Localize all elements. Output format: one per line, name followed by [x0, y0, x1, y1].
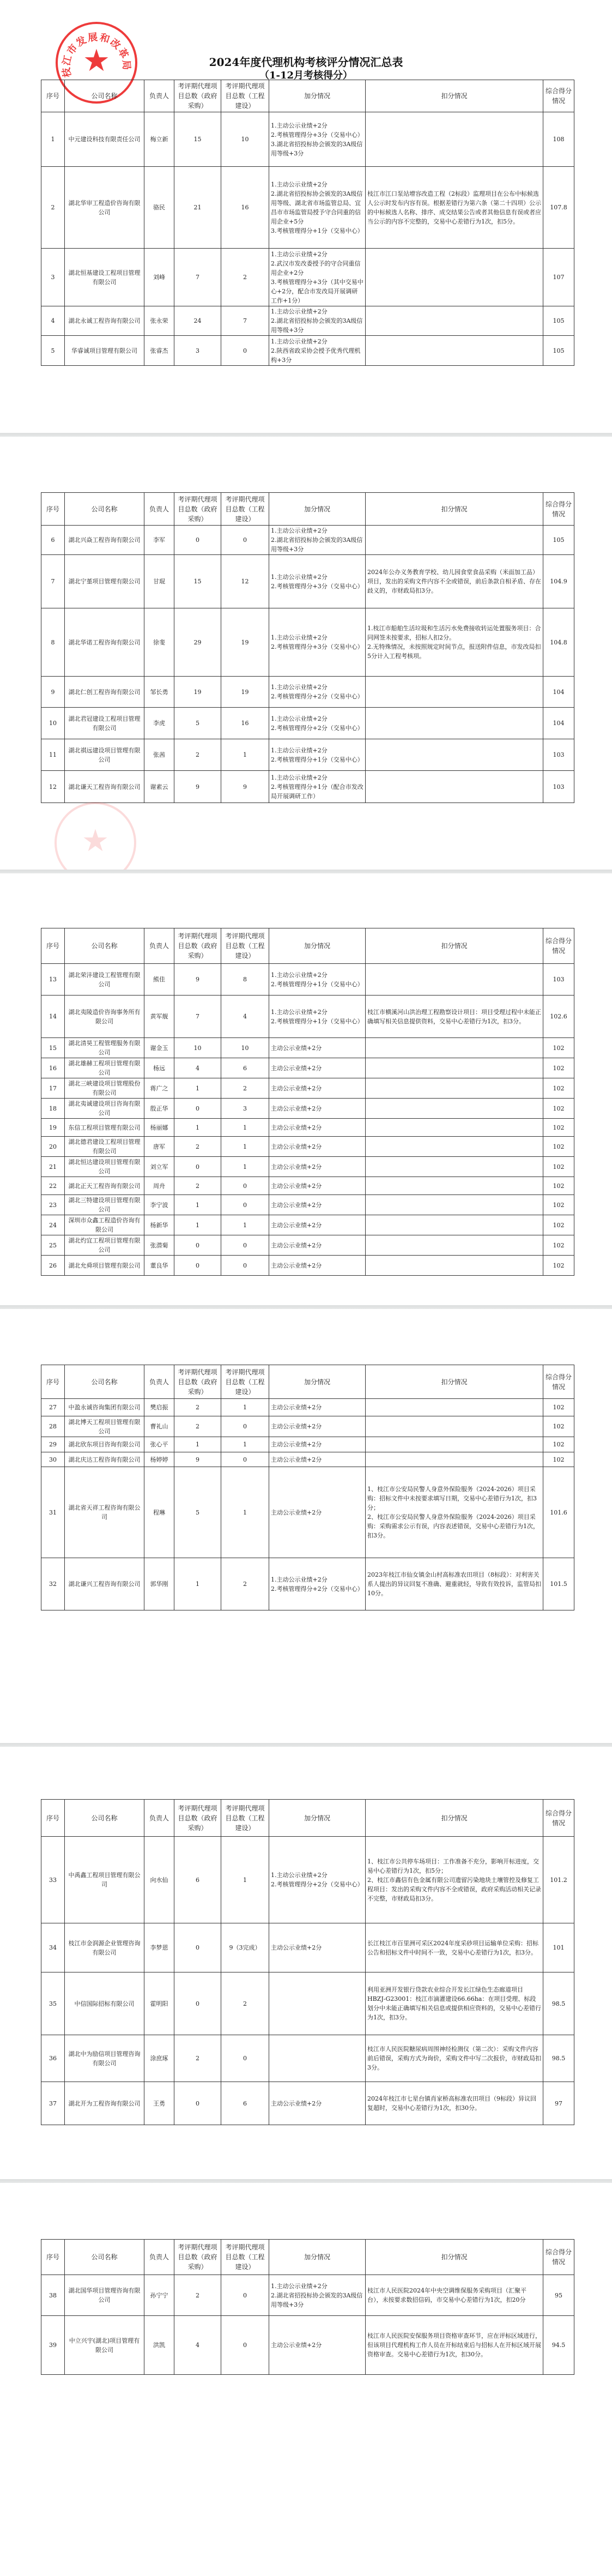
- gov-projects-cell: 0: [174, 1256, 221, 1276]
- deduction-cell: [366, 526, 543, 555]
- eng-projects-cell: 0: [221, 2275, 269, 2316]
- bonus-cell: 主动公示业绩+2分: [269, 1467, 366, 1558]
- leader-cell: 张茜: [144, 739, 174, 771]
- score-cell: 102: [543, 1058, 574, 1078]
- seq-cell: 9: [41, 677, 65, 708]
- page-3: 序号公司名称负责人考评期代理项目总数（政府采购）考评期代理项目总数（工程建设）加…: [0, 873, 612, 1306]
- table-row: 7湖北宁堇项目管理有限公司甘琨15121.主动公示业绩+2分 2.考核管理得分+…: [41, 555, 574, 608]
- gov-projects-cell: 3: [174, 336, 221, 366]
- eng-projects-cell: 10: [221, 112, 269, 167]
- bonus-cell: 主动公示业绩+2分: [269, 1038, 366, 1058]
- column-header-gov-projects: 考评期代理项目总数（政府采购）: [174, 928, 221, 964]
- leader-cell: 洪凯: [144, 2316, 174, 2375]
- company-name-cell: 湖北国华项目管理咨询有限公司: [65, 2275, 144, 2316]
- column-header-deduction: 扣分情况: [366, 928, 543, 964]
- column-header-score: 综合得分情况: [543, 1800, 574, 1837]
- column-header-eng-projects: 考评期代理项目总数（工程建设）: [221, 493, 269, 526]
- leader-cell: 黄军舰: [144, 996, 174, 1038]
- company-name-cell: 湖北德君建设工程项目管理有限公司: [65, 1137, 144, 1157]
- company-name-cell: 湖北君冠建设工程项目管理有限公司: [65, 708, 144, 739]
- company-name-cell: 湖北谦天工程咨询有限公司: [65, 771, 144, 803]
- seq-cell: 28: [41, 1416, 65, 1437]
- bonus-cell: 主动公示业绩+2分: [269, 1416, 366, 1437]
- deduction-cell: [366, 1256, 543, 1276]
- score-cell: 102: [543, 1215, 574, 1235]
- seq-cell: 6: [41, 526, 65, 555]
- table-row: 33中禹鑫工程项目管理有限公司向水仙611.主动公示业绩+2分 2.考核管理得分…: [41, 1837, 574, 1923]
- eng-projects-cell: 0: [221, 2035, 269, 2082]
- company-name-cell: 深圳市众鑫工程造价咨询有限公司: [65, 1215, 144, 1235]
- leader-cell: 杨丽娜: [144, 1119, 174, 1137]
- eng-projects-cell: 12: [221, 555, 269, 608]
- column-header-bonus: 加分情况: [269, 1800, 366, 1837]
- eng-projects-cell: 19: [221, 608, 269, 677]
- column-header-leader: 负责人: [144, 1800, 174, 1837]
- table-row: 34枝江市金润源企业管理咨询有限公司李梦恩09（3完成）主动公示业绩+2分长江枝…: [41, 1923, 574, 1972]
- score-cell: 104: [543, 708, 574, 739]
- column-header-deduction: 扣分情况: [366, 493, 543, 526]
- gov-projects-cell: 0: [174, 1972, 221, 2035]
- deduction-cell: 1、枝江市公安局民警人身意外保险服务（2024-2026）项目采购：招标文件中未…: [366, 1467, 543, 1558]
- seq-cell: 13: [41, 964, 65, 996]
- column-header-bonus: 加分情况: [269, 493, 366, 526]
- gov-projects-cell: 7: [174, 996, 221, 1038]
- eng-projects-cell: 1: [221, 1157, 269, 1177]
- table-header-row: 序号公司名称负责人考评期代理项目总数（政府采购）考评期代理项目总数（工程建设）加…: [41, 1365, 574, 1399]
- leader-cell: 梅立新: [144, 112, 174, 167]
- leader-cell: 刘立军: [144, 1157, 174, 1177]
- column-header-score: 综合得分情况: [543, 493, 574, 526]
- seq-cell: 36: [41, 2035, 65, 2082]
- bonus-cell: [269, 2035, 366, 2082]
- table-row: 35中信国际招标有限公司霍明阳02利用亚洲开发银行贷款农业综合开发长江绿色生态廊…: [41, 1972, 574, 2035]
- seq-cell: 22: [41, 1177, 65, 1195]
- score-cell: 103: [543, 739, 574, 771]
- deduction-cell: [366, 249, 543, 306]
- column-header-eng-projects: 考评期代理项目总数（工程建设）: [221, 928, 269, 964]
- company-name-cell: 湖北雄赫工程项目管理有限公司: [65, 1058, 144, 1078]
- column-header-gov-projects: 考评期代理项目总数（政府采购）: [174, 2240, 221, 2275]
- deduction-cell: 1.枝江市船舶生活垃圾和生活污水免费接收转运处置服务项目：合同网签未按要求，招标…: [366, 608, 543, 677]
- gov-projects-cell: 5: [174, 1467, 221, 1558]
- company-name-cell: 湖北省天祥工程咨询有限公司: [65, 1467, 144, 1558]
- seq-cell: 37: [41, 2082, 65, 2125]
- leader-cell: 邹长勇: [144, 677, 174, 708]
- leader-cell: 徐斐: [144, 608, 174, 677]
- company-name-cell: 湖北中为励信项目管理咨询有限公司: [65, 2035, 144, 2082]
- score-cell: 108: [543, 112, 574, 167]
- company-name-cell: 湖北荣沣建设工程管理有限公司: [65, 964, 144, 996]
- deduction-cell: 长江枝江市百里洲可采区2024年度采砂项目运输单位采购：招标公告和招标文件中时间…: [366, 1923, 543, 1972]
- table-row: 10湖北君冠建设工程项目管理有限公司李虎5161.主动公示业绩+2分 2.考核管…: [41, 708, 574, 739]
- column-header-gov-projects: 考评期代理项目总数（政府采购）: [174, 1800, 221, 1837]
- company-name-cell: 中元建设科技有限责任公司: [65, 112, 144, 167]
- eng-projects-cell: 1: [221, 739, 269, 771]
- gov-projects-cell: 7: [174, 249, 221, 306]
- eng-projects-cell: 1: [221, 1837, 269, 1923]
- seq-cell: 20: [41, 1137, 65, 1157]
- score-cell: 102: [543, 1452, 574, 1467]
- page-4: 序号公司名称负责人考评期代理项目总数（政府采购）考评期代理项目总数（工程建设）加…: [0, 1309, 612, 1743]
- leader-cell: 张永荣: [144, 306, 174, 336]
- column-header-company: 公司名称: [65, 1365, 144, 1399]
- table-row: 32湖北谦兴工程咨询有限公司郭华刚121.主动公示业绩+2分 2.考核管理得分+…: [41, 1558, 574, 1610]
- leader-cell: 刘峰: [144, 249, 174, 306]
- leader-cell: 樊启振: [144, 1399, 174, 1416]
- gov-projects-cell: 15: [174, 555, 221, 608]
- gov-projects-cell: 0: [174, 1099, 221, 1119]
- table-row: 29湖北欣东项目咨询有限公司张心平11主动公示业绩+2分102: [41, 1437, 574, 1452]
- deduction-cell: 枝江市人民医院2024年中央空调维保服务采购项目（汇聚平台），未按要求数招信码，…: [366, 2275, 543, 2316]
- eng-projects-cell: 1: [221, 1437, 269, 1452]
- eng-projects-cell: 0: [221, 1416, 269, 1437]
- deduction-cell: [366, 336, 543, 366]
- gov-projects-cell: 24: [174, 306, 221, 336]
- seq-cell: 10: [41, 708, 65, 739]
- gov-projects-cell: 2: [174, 739, 221, 771]
- gov-projects-cell: 2: [174, 1177, 221, 1195]
- deduction-cell: [366, 1137, 543, 1157]
- deduction-cell: [366, 1399, 543, 1416]
- score-cell: 97: [543, 2082, 574, 2125]
- column-header-seq: 序号: [41, 928, 65, 964]
- bonus-cell: 1.主动公示业绩+2分 2.考核管理得分+1分（交易中心）: [269, 996, 366, 1038]
- deduction-cell: 1、枝江市公共停车场项目：工作准备不充分，影响开标进度，交易中心差错行为1次，扣…: [366, 1837, 543, 1923]
- page-separator: [0, 433, 612, 437]
- table-row: 14湖北夷陵造价咨询事务所有限公司黄军舰741.主动公示业绩+2分 2.考核管理…: [41, 996, 574, 1038]
- seq-cell: 19: [41, 1119, 65, 1137]
- table-header-row: 序号公司名称负责人考评期代理项目总数（政府采购）考评期代理项目总数（工程建设）加…: [41, 493, 574, 526]
- eng-projects-cell: 1: [221, 1215, 269, 1235]
- column-header-deduction: 扣分情况: [366, 2240, 543, 2275]
- eng-projects-cell: 0: [221, 1177, 269, 1195]
- table-row: 1中元建设科技有限责任公司梅立新15101.主动公示业绩+2分 2.考核管理得分…: [41, 112, 574, 167]
- eng-projects-cell: 1: [221, 1467, 269, 1558]
- company-name-cell: 湖北允舜项目管理有限公司: [65, 1256, 144, 1276]
- column-header-company: 公司名称: [65, 493, 144, 526]
- column-header-company: 公司名称: [65, 2240, 144, 2275]
- deduction-cell: [366, 1177, 543, 1195]
- column-header-deduction: 扣分情况: [366, 80, 543, 112]
- bonus-cell: 1.主动公示业绩+2分 2.陕西省政采协会授予优秀代理机构+3分: [269, 336, 366, 366]
- bonus-cell: 1.主动公示业绩+2分 2.湖北省招投标协会颁发的3A级信用等级+3分: [269, 306, 366, 336]
- column-header-company: 公司名称: [65, 928, 144, 964]
- company-name-cell: 湖北永诚工程咨询有限公司: [65, 306, 144, 336]
- company-name-cell: 中立兴宇(湖北)项目管理有限公司: [65, 2316, 144, 2375]
- gov-projects-cell: 1: [174, 1195, 221, 1215]
- score-cell: 98.5: [543, 1972, 574, 2035]
- page-5: 序号公司名称负责人考评期代理项目总数（政府采购）考评期代理项目总数（工程建设）加…: [0, 1747, 612, 2179]
- eng-projects-cell: 8: [221, 964, 269, 996]
- table-row: 37湖北开为工程咨询有限公司王勇06主动公示业绩+2分2024年枝江市七星台镇肖…: [41, 2082, 574, 2125]
- leader-cell: 李军: [144, 526, 174, 555]
- seq-cell: 25: [41, 1235, 65, 1256]
- eng-projects-cell: 0: [221, 1195, 269, 1215]
- deduction-cell: [366, 1099, 543, 1119]
- leader-cell: 李梦恩: [144, 1923, 174, 1972]
- score-cell: 102: [543, 1157, 574, 1177]
- column-header-bonus: 加分情况: [269, 2240, 366, 2275]
- column-header-score: 综合得分情况: [543, 80, 574, 112]
- score-cell: 102: [543, 1416, 574, 1437]
- gov-projects-cell: 9: [174, 1452, 221, 1467]
- column-header-seq: 序号: [41, 1365, 65, 1399]
- leader-cell: 董良华: [144, 1256, 174, 1276]
- leader-cell: 杨婷婷: [144, 1452, 174, 1467]
- gov-projects-cell: 2: [174, 2275, 221, 2316]
- table-row: 11湖北祺远建设项目管理有限公司张茜211.主动公示业绩+2分 2.考核管理得分…: [41, 739, 574, 771]
- eng-projects-cell: 4: [221, 996, 269, 1038]
- deduction-cell: 枝江市人民医院糖尿病周围神经检测仪（第二次）：采购文件内容前后错误，采购方式为询…: [366, 2035, 543, 2082]
- page-separator: [0, 1743, 612, 1747]
- gov-projects-cell: 0: [174, 1923, 221, 1972]
- eng-projects-cell: 0: [221, 1256, 269, 1276]
- eng-projects-cell: 0: [221, 336, 269, 366]
- deduction-cell: [366, 739, 543, 771]
- table-row: 2湖北华审工程造价咨询有限公司骆民21161.主动公示业绩+2分 2.湖北省招投…: [41, 167, 574, 249]
- column-header-leader: 负责人: [144, 493, 174, 526]
- bonus-cell: 1.主动公示业绩+2分 2.武汉市发改委授予的守合同重信用企业+2分 3.考核管…: [269, 249, 366, 306]
- gov-projects-cell: 2: [174, 2035, 221, 2082]
- company-name-cell: 湖北三峡建设项目管理股份有限公司: [65, 1078, 144, 1099]
- gov-projects-cell: 4: [174, 1058, 221, 1078]
- table-row: 17湖北三峡建设项目管理股份有限公司蒋广之12主动公示业绩+2分102: [41, 1078, 574, 1099]
- column-header-bonus: 加分情况: [269, 1365, 366, 1399]
- table-row: 30湖北庆达工程咨询有限公司杨婷婷90主动公示业绩+2分102: [41, 1452, 574, 1467]
- gov-projects-cell: 1: [174, 1437, 221, 1452]
- seq-cell: 21: [41, 1157, 65, 1177]
- gov-projects-cell: 15: [174, 112, 221, 167]
- score-cell: 103: [543, 771, 574, 803]
- deduction-cell: 2024年公办义务教育学校、幼儿园食堂食品采购（米面加工品）项目，发出的采购文件…: [366, 555, 543, 608]
- seq-cell: 32: [41, 1558, 65, 1610]
- table-header-row: 序号公司名称负责人考评期代理项目总数（政府采购）考评期代理项目总数（工程建设）加…: [41, 80, 574, 112]
- eng-projects-cell: 1: [221, 1119, 269, 1137]
- eng-projects-cell: 2: [221, 1078, 269, 1099]
- column-header-deduction: 扣分情况: [366, 1800, 543, 1837]
- bonus-cell: 主动公示业绩+2分: [269, 1235, 366, 1256]
- seq-cell: 1: [41, 112, 65, 167]
- gov-projects-cell: 2: [174, 1137, 221, 1157]
- leader-cell: 熊佳: [144, 964, 174, 996]
- seq-cell: 29: [41, 1437, 65, 1452]
- company-name-cell: 湖北开为工程咨询有限公司: [65, 2082, 144, 2125]
- bonus-cell: 1.主动公示业绩+2分 2.考核管理得分+2分（交易中心）: [269, 677, 366, 708]
- company-name-cell: 湖北华诺工程咨询有限公司: [65, 608, 144, 677]
- seq-cell: 39: [41, 2316, 65, 2375]
- seq-cell: 3: [41, 249, 65, 306]
- column-header-score: 综合得分情况: [543, 1365, 574, 1399]
- leader-cell: 杨远: [144, 1058, 174, 1078]
- seq-cell: 34: [41, 1923, 65, 1972]
- bonus-cell: 1.主动公示业绩+2分 2.考核管理得分+2分（交易中心）: [269, 708, 366, 739]
- deduction-cell: [366, 1038, 543, 1058]
- leader-cell: 郭华刚: [144, 1558, 174, 1610]
- deduction-cell: [366, 964, 543, 996]
- column-header-leader: 负责人: [144, 2240, 174, 2275]
- bonus-cell: 1.主动公示业绩+2分 2.湖北省招投标协会颁发的3A级信用等级+3分: [269, 2275, 366, 2316]
- table-row: 38湖北国华项目管理咨询有限公司孙宁宁201.主动公示业绩+2分 2.湖北省招投…: [41, 2275, 574, 2316]
- bonus-cell: 主动公示业绩+2分: [269, 2082, 366, 2125]
- bonus-cell: 主动公示业绩+2分: [269, 1137, 366, 1157]
- score-cell: 102: [543, 1399, 574, 1416]
- gov-projects-cell: 1: [174, 1078, 221, 1099]
- deduction-cell: 枝江市横溪河山洪治理工程勘察设计项目：项目受理过程中未能正确填写相关信息提供资料…: [366, 996, 543, 1038]
- table-row: 36湖北中为励信项目管理咨询有限公司涂庶琢20枝江市人民医院糖尿病周围神经检测仪…: [41, 2035, 574, 2082]
- bonus-cell: 主动公示业绩+2分: [269, 1923, 366, 1972]
- table-row: 26湖北允舜项目管理有限公司董良华00主动公示业绩+2分102: [41, 1256, 574, 1276]
- company-name-cell: 湖北博天工程项目管理有限公司: [65, 1416, 144, 1437]
- score-cell: 102: [543, 1195, 574, 1215]
- gov-projects-cell: 10: [174, 1038, 221, 1058]
- eng-projects-cell: 0: [221, 1235, 269, 1256]
- company-name-cell: 湖北正天工程咨询有限公司: [65, 1177, 144, 1195]
- eng-projects-cell: 6: [221, 1058, 269, 1078]
- score-cell: 95: [543, 2275, 574, 2316]
- bonus-cell: 1.主动公示业绩+2分 2.考核管理得分+3分（交易中心）: [269, 555, 366, 608]
- gov-projects-cell: 6: [174, 1837, 221, 1923]
- column-header-seq: 序号: [41, 80, 65, 112]
- table-row: 19东信工程项目管理有限公司杨丽娜11主动公示业绩+2分102: [41, 1119, 574, 1137]
- deduction-cell: 2023年枝江市仙女镇金山村高标准农田项目（8标段）：对利害关系人提出的异议回复…: [366, 1558, 543, 1610]
- leader-cell: 向水仙: [144, 1837, 174, 1923]
- seq-cell: 24: [41, 1215, 65, 1235]
- company-name-cell: 湖北灼宜工程项目管理有限公司: [65, 1235, 144, 1256]
- bonus-cell: 主动公示业绩+2分: [269, 1437, 366, 1452]
- seq-cell: 26: [41, 1256, 65, 1276]
- score-cell: 101.2: [543, 1837, 574, 1923]
- column-header-eng-projects: 考评期代理项目总数（工程建设）: [221, 80, 269, 112]
- column-header-eng-projects: 考评期代理项目总数（工程建设）: [221, 2240, 269, 2275]
- bonus-cell: 1.主动公示业绩+2分 2.考核管理得分+2分（交易中心）: [269, 1558, 366, 1610]
- leader-cell: 殷正华: [144, 1099, 174, 1119]
- leader-cell: 谢金玉: [144, 1038, 174, 1058]
- eng-projects-cell: 16: [221, 708, 269, 739]
- score-cell: 102: [543, 1099, 574, 1119]
- table-row: 15湖北清昊工程管理服务有限公司谢金玉1010主动公示业绩+2分102: [41, 1038, 574, 1058]
- leader-cell: 甘琨: [144, 555, 174, 608]
- column-header-leader: 负责人: [144, 80, 174, 112]
- column-header-bonus: 加分情况: [269, 928, 366, 964]
- gov-projects-cell: 2: [174, 1399, 221, 1416]
- column-header-bonus: 加分情况: [269, 80, 366, 112]
- deduction-cell: [366, 306, 543, 336]
- eng-projects-cell: 0: [221, 2316, 269, 2375]
- seq-cell: 16: [41, 1058, 65, 1078]
- table-row: 23湖北三特建设项目管理有限公司李宁波10主动公示业绩+2分102: [41, 1195, 574, 1215]
- bonus-cell: [269, 1972, 366, 2035]
- column-header-eng-projects: 考评期代理项目总数（工程建设）: [221, 1800, 269, 1837]
- eng-projects-cell: 19: [221, 677, 269, 708]
- bonus-cell: 主动公示业绩+2分: [269, 1078, 366, 1099]
- seq-cell: 4: [41, 306, 65, 336]
- deduction-cell: [366, 1437, 543, 1452]
- leader-cell: 张潜菊: [144, 1235, 174, 1256]
- score-cell: 107: [543, 249, 574, 306]
- seq-cell: 38: [41, 2275, 65, 2316]
- score-cell: 102: [543, 1137, 574, 1157]
- score-cell: 102: [543, 1437, 574, 1452]
- eng-projects-cell: 9: [221, 771, 269, 803]
- column-header-leader: 负责人: [144, 1365, 174, 1399]
- seq-cell: 15: [41, 1038, 65, 1058]
- bonus-cell: 主动公示业绩+2分: [269, 1099, 366, 1119]
- seq-cell: 17: [41, 1078, 65, 1099]
- eng-projects-cell: 9（3完成）: [221, 1923, 269, 1972]
- score-cell: 102.6: [543, 996, 574, 1038]
- eng-projects-cell: 10: [221, 1038, 269, 1058]
- company-name-cell: 湖北三特建设项目管理有限公司: [65, 1195, 144, 1215]
- leader-cell: 谢素云: [144, 771, 174, 803]
- gov-projects-cell: 0: [174, 1157, 221, 1177]
- column-header-seq: 序号: [41, 2240, 65, 2275]
- page-1: 枝江市发展和改革局 ★ 2024年度代理机构考核评分情况汇总表 （1-12月考核…: [0, 0, 612, 435]
- seq-cell: 5: [41, 336, 65, 366]
- eng-projects-cell: 1: [221, 1137, 269, 1157]
- table-row: 28湖北博天工程项目管理有限公司曹礼山20主动公示业绩+2分102: [41, 1416, 574, 1437]
- table-row: 39中立兴宇(湖北)项目管理有限公司洪凯40主动公示业绩+2分枝江市人民医院安保…: [41, 2316, 574, 2375]
- table-row: 13湖北荣沣建设工程管理有限公司熊佳981.主动公示业绩+2分 2.考核管理得分…: [41, 964, 574, 996]
- score-cell: 105: [543, 526, 574, 555]
- seq-cell: 7: [41, 555, 65, 608]
- bonus-cell: 主动公示业绩+2分: [269, 1256, 366, 1276]
- bonus-cell: 1.主动公示业绩+2分 2.湖北省招投标协会颁发的3A级信用等级、湖北省市场监管…: [269, 167, 366, 249]
- company-name-cell: 中禹鑫工程项目管理有限公司: [65, 1837, 144, 1923]
- score-cell: 102: [543, 1177, 574, 1195]
- bonus-cell: 1.主动公示业绩+2分 2.考核管理得分+3分（交易中心） 3.湖北省招投标协会…: [269, 112, 366, 167]
- table-row: 18湖北夷诚建设项目咨询有限公司殷正华03主动公示业绩+2分102: [41, 1099, 574, 1119]
- table-row: 16湖北雄赫工程项目管理有限公司杨远46主动公示业绩+2分102: [41, 1058, 574, 1078]
- seq-cell: 31: [41, 1467, 65, 1558]
- gov-projects-cell: 0: [174, 2082, 221, 2125]
- score-cell: 102: [543, 1235, 574, 1256]
- bonus-cell: 主动公示业绩+2分: [269, 2316, 366, 2375]
- column-header-eng-projects: 考评期代理项目总数（工程建设）: [221, 1365, 269, 1399]
- column-header-score: 综合得分情况: [543, 2240, 574, 2275]
- deduction-cell: [366, 708, 543, 739]
- table-row: 6湖北兴焱工程咨询有限公司李军001.主动公示业绩+2分 2.湖北省招投标协会颁…: [41, 526, 574, 555]
- bonus-cell: 主动公示业绩+2分: [269, 1058, 366, 1078]
- table-row: 9湖北仁创工程咨询有限公司邹长勇19191.主动公示业绩+2分 2.考核管理得分…: [41, 677, 574, 708]
- gov-projects-cell: 5: [174, 708, 221, 739]
- eng-projects-cell: 3: [221, 1099, 269, 1119]
- bonus-cell: 1.主动公示业绩+2分 2.考核管理得分+1分（交易中心）: [269, 964, 366, 996]
- column-header-gov-projects: 考评期代理项目总数（政府采购）: [174, 80, 221, 112]
- bonus-cell: 主动公示业绩+2分: [269, 1399, 366, 1416]
- score-cell: 94.5: [543, 2316, 574, 2375]
- score-table-page-3: 序号公司名称负责人考评期代理项目总数（政府采购）考评期代理项目总数（工程建设）加…: [41, 928, 574, 1276]
- score-cell: 102: [543, 1038, 574, 1058]
- column-header-company: 公司名称: [65, 1800, 144, 1837]
- bonus-cell: 主动公示业绩+2分: [269, 1195, 366, 1215]
- seq-cell: 11: [41, 739, 65, 771]
- table-header-row: 序号公司名称负责人考评期代理项目总数（政府采购）考评期代理项目总数（工程建设）加…: [41, 1800, 574, 1837]
- score-table-page-1: 序号公司名称负责人考评期代理项目总数（政府采购）考评期代理项目总数（工程建设）加…: [41, 80, 574, 366]
- seq-cell: 8: [41, 608, 65, 677]
- gov-projects-cell: 1: [174, 1558, 221, 1610]
- deduction-cell: [366, 1058, 543, 1078]
- eng-projects-cell: 16: [221, 167, 269, 249]
- score-cell: 104: [543, 677, 574, 708]
- deduction-cell: [366, 1078, 543, 1099]
- bonus-cell: 1.主动公示业绩+2分 2.考核管理得分+1分（配合市发改局开展调研工作）: [269, 771, 366, 803]
- seq-cell: 35: [41, 1972, 65, 2035]
- table-row: 31湖北省天祥工程咨询有限公司程琳51主动公示业绩+2分1、枝江市公安局民警人身…: [41, 1467, 574, 1558]
- seq-cell: 14: [41, 996, 65, 1038]
- bonus-cell: 主动公示业绩+2分: [269, 1177, 366, 1195]
- company-name-cell: 枝江市金润源企业管理咨询有限公司: [65, 1923, 144, 1972]
- gov-projects-cell: 0: [174, 1235, 221, 1256]
